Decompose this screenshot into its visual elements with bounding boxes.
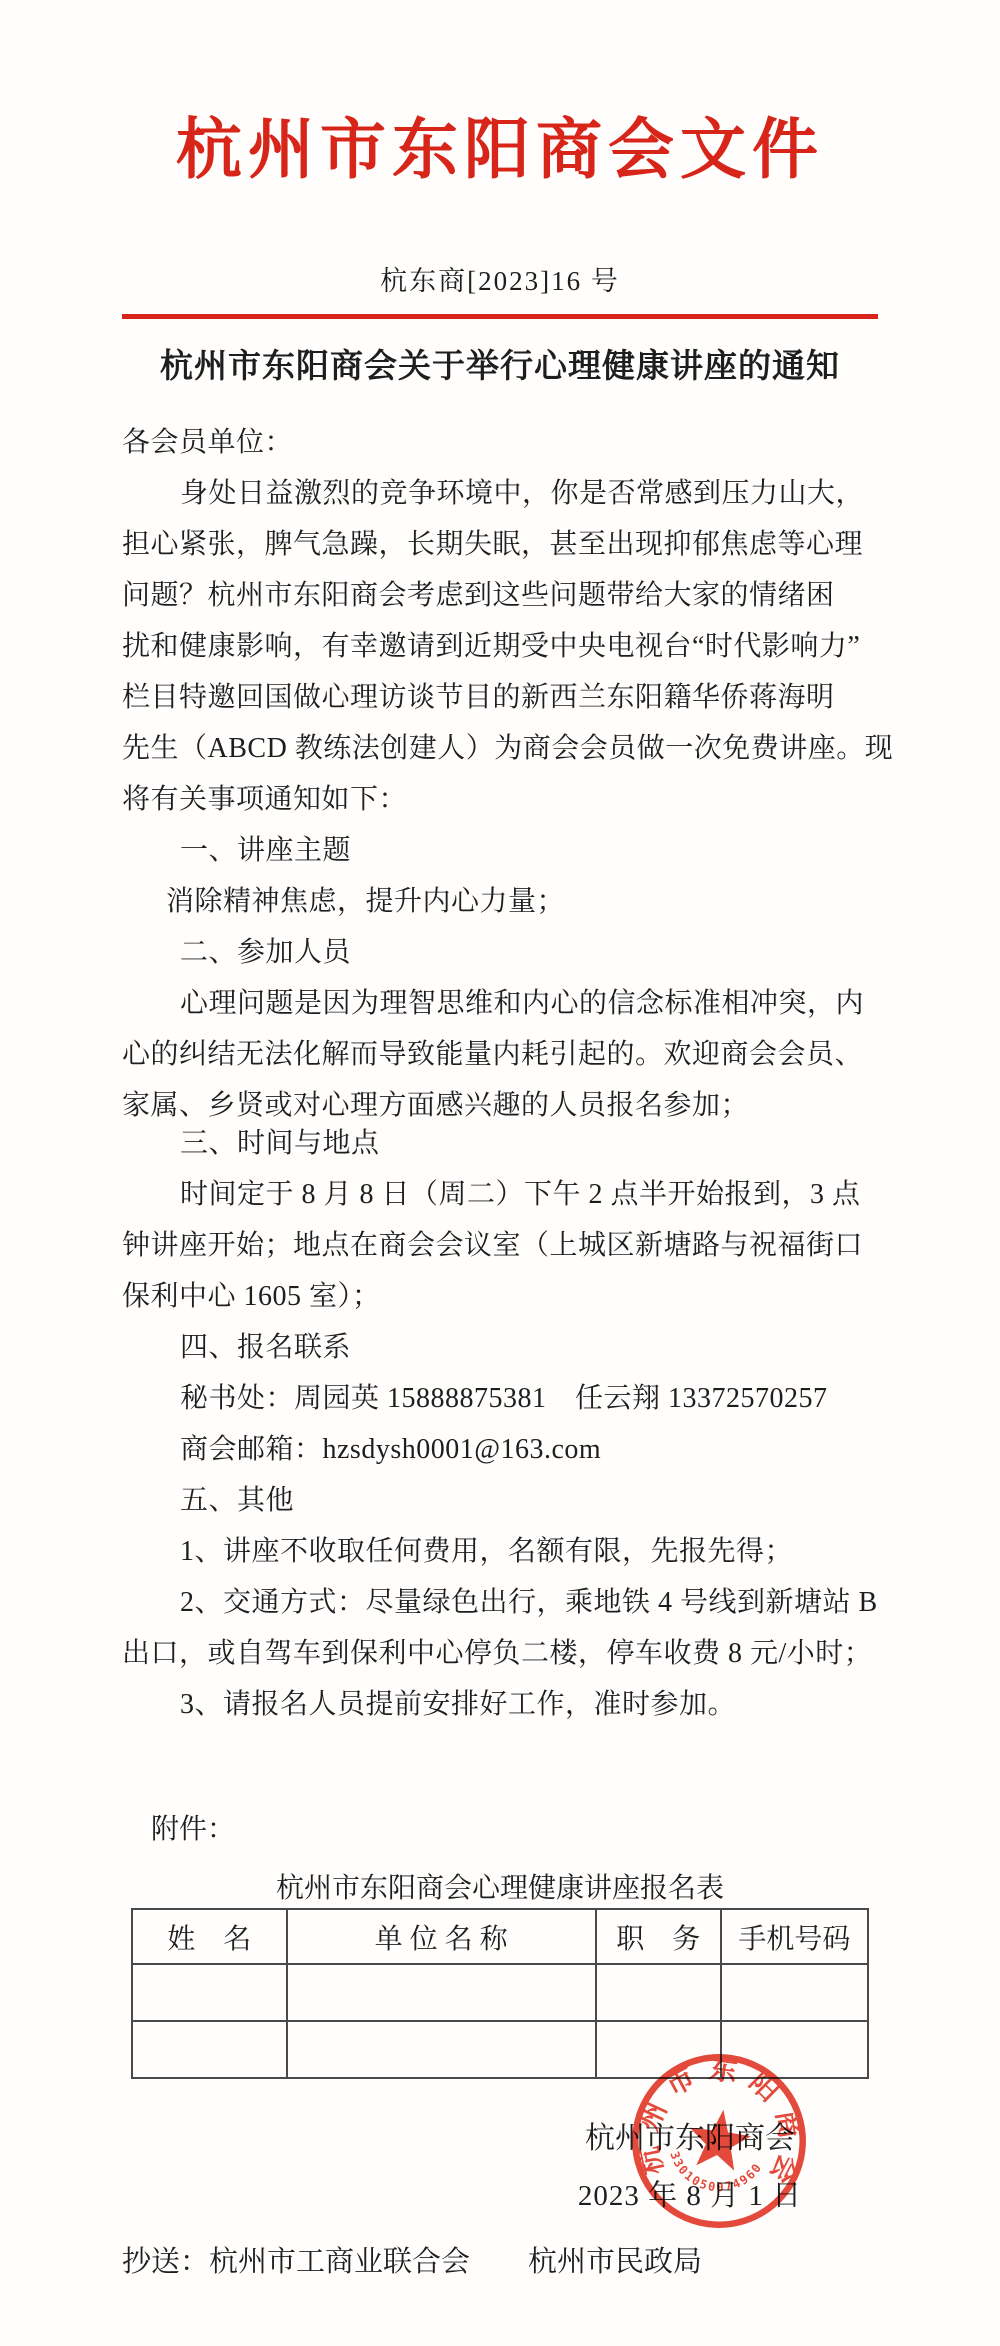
body-line: 3、请报名人员提前安排好工作，准时参加。 xyxy=(122,1679,878,1730)
body-line: 栏目特邀回国做心理访谈节目的新西兰东阳籍华侨蒋海明 xyxy=(122,672,878,723)
table-cell xyxy=(721,1964,868,2021)
body-line: 出口，或自驾车到保利中心停负二楼，停车收费 8 元/小时； xyxy=(122,1628,878,1679)
body-line: 五、其他 xyxy=(122,1475,878,1526)
attachment-table-title: 杭州市东阳商会心理健康讲座报名表 xyxy=(122,1863,878,1914)
body-line: 2、交通方式：尽量绿色出行，乘地铁 4 号线到新塘站 B xyxy=(122,1577,878,1628)
body-line: 保利中心 1605 室）； xyxy=(122,1271,878,1322)
table-row xyxy=(132,1964,868,2021)
attachment-label: 附件： xyxy=(93,1804,907,1855)
body-line: 心的纠结无法化解而导致能量内耗引起的。欢迎商会会员、 xyxy=(122,1029,878,1080)
body-line: 各会员单位： xyxy=(122,417,878,468)
body-line: 将有关事项通知如下： xyxy=(122,774,878,825)
table-header-cell: 姓 名 xyxy=(132,1909,287,1964)
cc-line: 抄送：杭州市工商业联合会 杭州市民政局 xyxy=(122,2240,702,2284)
body-line: 时间定于 8 月 8 日（周二）下午 2 点半开始报到，3 点 xyxy=(122,1169,878,1220)
body-line: 一、讲座主题 xyxy=(122,825,878,876)
body-line: 二、参加人员 xyxy=(122,927,878,978)
document-number: 杭东商[2023]16 号 xyxy=(0,264,1000,298)
red-divider-line xyxy=(122,314,878,319)
body-line: 心理问题是因为理智思维和内心的信念标准相冲突，内 xyxy=(122,978,878,1029)
table-cell xyxy=(287,1964,596,2021)
table-header-row: 姓 名单 位 名 称职 务手机号码 xyxy=(132,1909,868,1964)
body-line: 消除精神焦虑，提升内心力量； xyxy=(122,876,878,927)
body-line: 秘书处：周园英 15888875381 任云翔 13372570257 xyxy=(122,1373,878,1424)
document-header-title: 杭州市东阳商会文件 xyxy=(0,0,1000,190)
table-header-cell: 手机号码 xyxy=(721,1909,868,1964)
body-line: 四、报名联系 xyxy=(122,1322,878,1373)
body-line: 钟讲座开始；地点在商会会议室（上城区新塘路与祝福街口 xyxy=(122,1220,878,1271)
body-line: 扰和健康影响，有幸邀请到近期受中央电视台“时代影响力” xyxy=(122,621,878,672)
document-page: 杭州市东阳商会文件 杭东商[2023]16 号 杭州市东阳商会关于举行心理健康讲… xyxy=(0,0,1000,2346)
body-line: 身处日益激烈的竞争环境中，你是否常感到压力山大， xyxy=(122,468,878,519)
body-line: 问题？杭州市东阳商会考虑到这些问题带给大家的情绪困 xyxy=(122,570,878,621)
body-line: 先生（ABCD 教练法创建人）为商会会员做一次免费讲座。现 xyxy=(122,723,878,774)
table-cell xyxy=(132,2021,287,2078)
body-line: 担心紧张，脾气急躁，长期失眠，甚至出现抑郁焦虑等心理 xyxy=(122,519,878,570)
table-cell xyxy=(596,1964,721,2021)
notice-title: 杭州市东阳商会关于举行心理健康讲座的通知 xyxy=(0,345,1000,389)
table-header-cell: 职 务 xyxy=(596,1909,721,1964)
table-cell xyxy=(287,2021,596,2078)
table-cell xyxy=(132,1964,287,2021)
official-seal: 杭州市东阳商会 3301050074960 xyxy=(614,2036,824,2246)
table-header-cell: 单 位 名 称 xyxy=(287,1909,596,1964)
body-line: 商会邮箱：hzsdysh0001@163.com xyxy=(122,1424,878,1475)
notice-body: 各会员单位：身处日益激烈的竞争环境中，你是否常感到压力山大，担心紧张，脾气急躁，… xyxy=(122,417,878,1730)
seal-star-icon xyxy=(685,2105,755,2172)
body-line: 1、讲座不收取任何费用，名额有限，先报先得； xyxy=(122,1526,878,1577)
